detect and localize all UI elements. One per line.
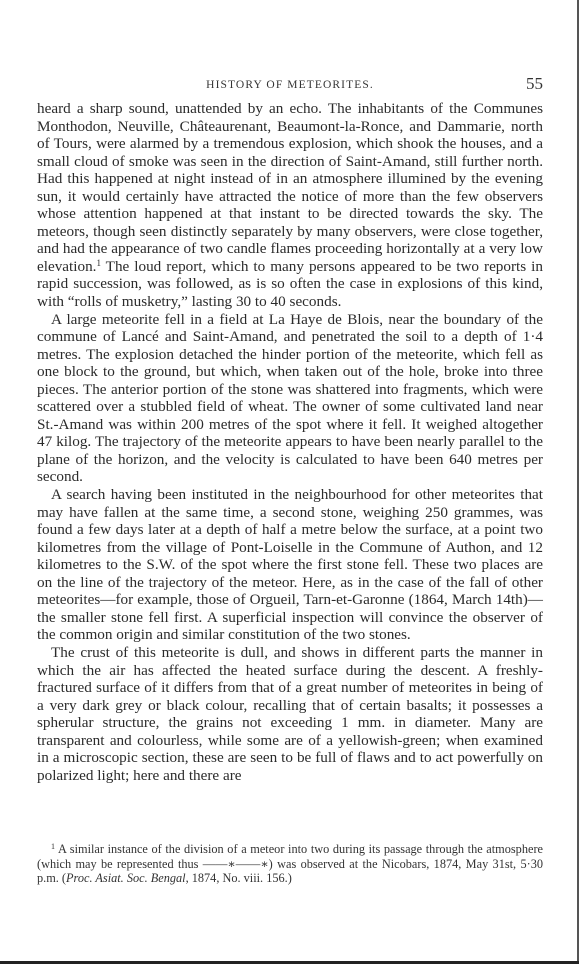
paragraph-1: heard a sharp sound, unattended by an ec… bbox=[37, 100, 543, 311]
footnote-citation-title: Proc. Asiat. Soc. Bengal bbox=[66, 871, 186, 885]
footnote-text-b: , 1874, No. viii. 156.) bbox=[186, 871, 292, 885]
footnote-1: 1 A similar instance of the division of … bbox=[37, 842, 543, 886]
paragraph-3: A search having been instituted in the n… bbox=[37, 486, 543, 644]
page-number: 55 bbox=[526, 74, 543, 94]
body-text: heard a sharp sound, unattended by an ec… bbox=[37, 100, 543, 784]
running-title: HISTORY OF METEORITES. bbox=[37, 79, 543, 91]
paragraph-1-text-a: heard a sharp sound, unattended by an ec… bbox=[37, 100, 543, 275]
running-head: HISTORY OF METEORITES. 55 bbox=[37, 76, 543, 96]
footnotes: 1 A similar instance of the division of … bbox=[37, 842, 543, 886]
paragraph-2: A large meteorite fell in a field at La … bbox=[37, 311, 543, 486]
paragraph-1-text-b: The loud report, which to many persons a… bbox=[37, 258, 543, 310]
paragraph-4: The crust of this meteorite is dull, and… bbox=[37, 644, 543, 784]
footnote-marker: 1 bbox=[51, 842, 55, 851]
